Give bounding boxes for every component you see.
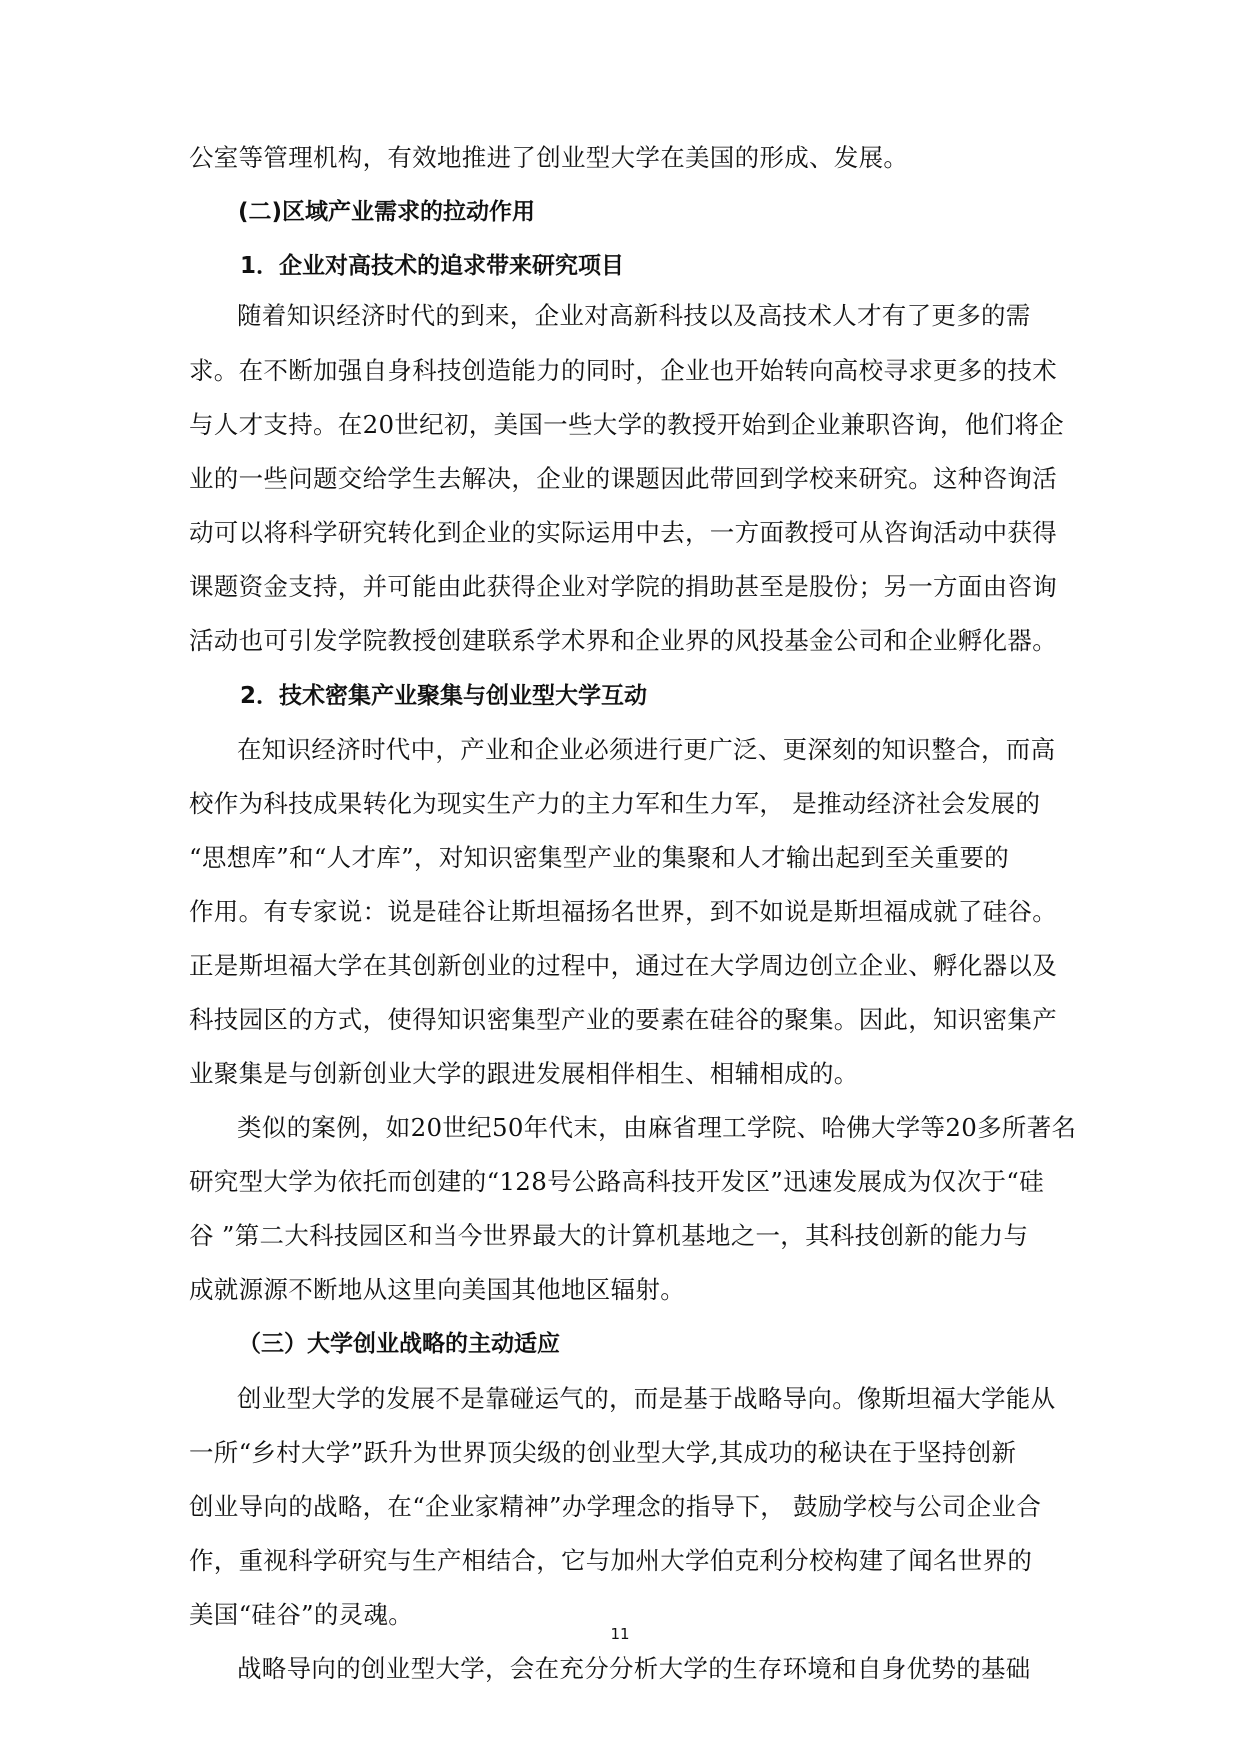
text-line: 谷 ”第二大科技园区和当今世界最大的计算机基地之一，其科技创新的能力与 — [189, 1220, 1069, 1252]
subsection-heading: 2．技术密集产业聚集与创业型大学互动 — [240, 680, 1120, 712]
document-page: 公室等管理机构，有效地推进了创业型大学在美国的形成、发展。(二)区域产业需求的拉… — [0, 0, 1240, 1753]
text-line: 科技园区的方式，使得知识密集型产业的要素在硅谷的聚集。因此，知识密集产 — [189, 1004, 1069, 1036]
paragraph-first-line: 战略导向的创业型大学，会在充分分析大学的生存环境和自身优势的基础 — [237, 1653, 1117, 1685]
paragraph-first-line: 创业型大学的发展不是靠碰运气的，而是基于战略导向。像斯坦福大学能从 — [237, 1383, 1117, 1415]
section-heading: (二)区域产业需求的拉动作用 — [238, 196, 1118, 228]
text-line: 公室等管理机构，有效地推进了创业型大学在美国的形成、发展。 — [189, 142, 1069, 174]
text-line: 校作为科技成果转化为现实生产力的主力军和生力军， 是推动经济社会发展的 — [189, 788, 1069, 820]
text-line: 作，重视科学研究与生产相结合，它与加州大学伯克利分校构建了闻名世界的 — [189, 1545, 1069, 1577]
paragraph-first-line: 类似的案例，如20世纪50年代末，由麻省理工学院、哈佛大学等20多所著名 — [237, 1112, 1117, 1144]
paragraph-first-line: 随着知识经济时代的到来，企业对高新科技以及高技术人才有了更多的需 — [237, 300, 1117, 332]
paragraph-first-line: 在知识经济时代中，产业和企业必须进行更广泛、更深刻的知识整合，而高 — [237, 734, 1117, 766]
text-line: 成就源源不断地从这里向美国其他地区辐射。 — [189, 1274, 1069, 1306]
text-line: 正是斯坦福大学在其创新创业的过程中，通过在大学周边创立企业、孵化器以及 — [189, 950, 1069, 982]
section-heading: （三）大学创业战略的主动适应 — [238, 1328, 1118, 1360]
text-line: 求。在不断加强自身科技创造能力的同时，企业也开始转向高校寻求更多的技术 — [189, 355, 1069, 387]
page-number: 11 — [0, 1625, 1240, 1643]
text-line: “思想库”和“人才库”，对知识密集型产业的集聚和人才输出起到至关重要的 — [189, 842, 1069, 874]
text-line: 业的一些问题交给学生去解决，企业的课题因此带回到学校来研究。这种咨询活 — [189, 463, 1069, 495]
text-line: 一所“乡村大学”跃升为世界顶尖级的创业型大学,其成功的秘诀在于坚持创新 — [189, 1437, 1069, 1469]
text-line: 与人才支持。在20世纪初，美国一些大学的教授开始到企业兼职咨询，他们将企 — [189, 409, 1069, 441]
text-line: 课题资金支持，并可能由此获得企业对学院的捐助甚至是股份；另一方面由咨询 — [189, 571, 1069, 603]
text-line: 活动也可引发学院教授创建联系学术界和企业界的风投基金公司和企业孵化器。 — [189, 625, 1069, 657]
text-line: 研究型大学为依托而创建的“128号公路高科技开发区”迅速发展成为仅次于“硅 — [189, 1166, 1069, 1198]
subsection-heading: 1．企业对高技术的追求带来研究项目 — [240, 250, 1120, 282]
text-line: 作用。有专家说：说是硅谷让斯坦福扬名世界，到不如说是斯坦福成就了硅谷。 — [189, 896, 1069, 928]
text-line: 创业导向的战略，在“企业家精神”办学理念的指导下， 鼓励学校与公司企业合 — [189, 1491, 1069, 1523]
text-line: 动可以将科学研究转化到企业的实际运用中去，一方面教授可从咨询活动中获得 — [189, 517, 1069, 549]
text-line: 业聚集是与创新创业大学的跟进发展相伴相生、相辅相成的。 — [189, 1058, 1069, 1090]
